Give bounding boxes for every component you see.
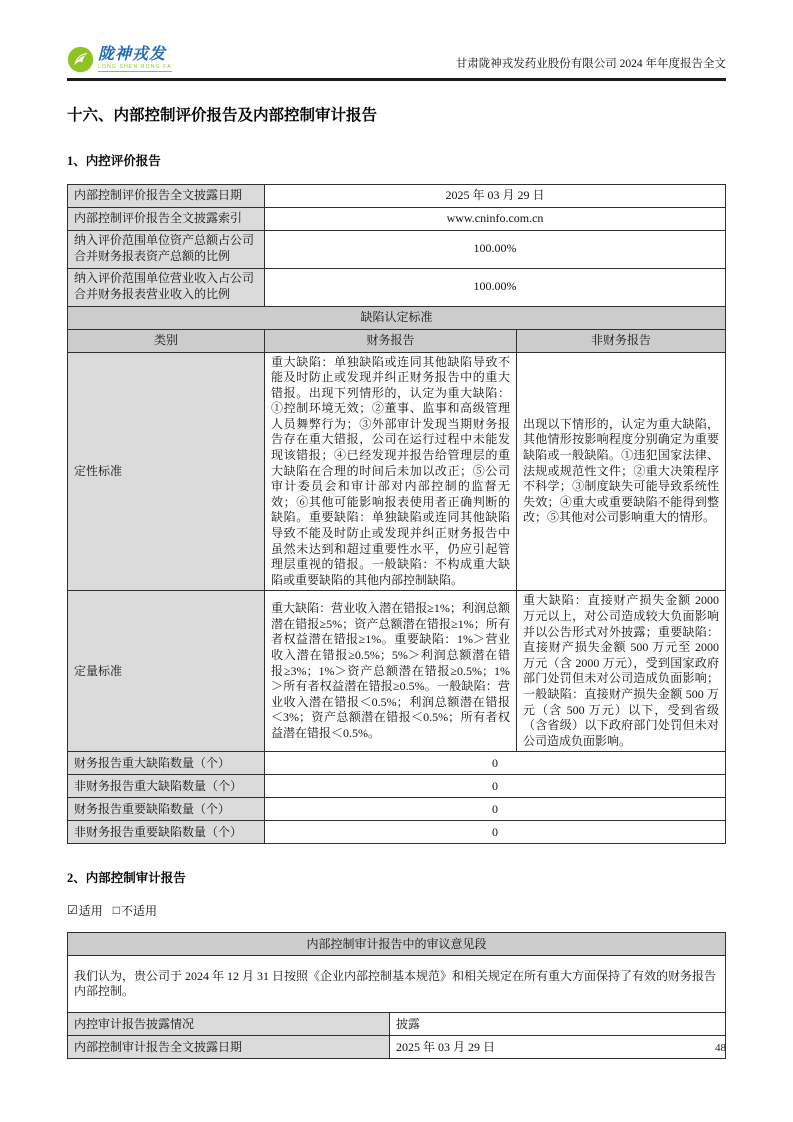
- header-divider: [67, 78, 726, 81]
- category-column-header: 类别: [68, 329, 265, 352]
- checkbox-checked-icon: ☑: [67, 903, 78, 918]
- quantitative-standard-row: 定量标准 重大缺陷：营业收入潜在错报≥1%；利润总额潜在错报≥5%；资产总额潜在…: [68, 591, 726, 752]
- disclosure-date-label: 内部控制评价报告全文披露日期: [68, 184, 265, 207]
- subsection-1-heading: 1、内控评价报告: [67, 151, 726, 169]
- non-financial-important-defect-count-label: 非财务报告重要缺陷数量（个）: [68, 821, 265, 844]
- financial-important-defect-count-value: 0: [265, 798, 726, 821]
- asset-ratio-value: 100.00%: [265, 230, 726, 268]
- financial-major-defect-count-value: 0: [265, 752, 726, 775]
- audit-disclosure-date-label: 内部控制审计报告全文披露日期: [68, 1036, 390, 1059]
- table-row: 内控审计报告披露情况 披露: [68, 1013, 726, 1036]
- table-row: 财务报告重大缺陷数量（个） 0: [68, 752, 726, 775]
- table-row: 内部控制评价报告全文披露日期 2025 年 03 月 29 日: [68, 184, 726, 207]
- defect-standard-header: 缺陷认定标准: [68, 306, 726, 329]
- audit-disclosure-date-value: 2025 年 03 月 29 日: [390, 1036, 726, 1059]
- audit-opinion-row: 我们认为，贵公司于 2024 年 12 月 31 日按照《企业内部控制基本规范》…: [68, 956, 726, 1013]
- page-header: 陇神戎发 LONG SHEN RONG FA 甘肃陇神戎发药业股份有限公司 20…: [67, 0, 726, 73]
- brand-name-cn: 陇神戎发: [98, 47, 172, 63]
- not-applicable-option: □ 不适用: [113, 902, 157, 919]
- report-page: 陇神戎发 LONG SHEN RONG FA 甘肃陇神戎发药业股份有限公司 20…: [0, 0, 793, 1122]
- logo-bird-icon: [67, 46, 94, 73]
- document-title: 甘肃陇神戎发药业股份有限公司 2024 年年度报告全文: [456, 55, 726, 73]
- qualitative-financial-text: 重大缺陷：单独缺陷或连同其他缺陷导致不能及时防止或发现并纠正财务报告中的重大错报…: [265, 352, 517, 591]
- table-row: 非财务报告重要缺陷数量（个） 0: [68, 821, 726, 844]
- audit-opinion-text: 我们认为，贵公司于 2024 年 12 月 31 日按照《企业内部控制基本规范》…: [68, 956, 726, 1013]
- non-financial-important-defect-count-value: 0: [265, 821, 726, 844]
- audit-disclosure-status-value: 披露: [390, 1013, 726, 1036]
- audit-disclosure-status-label: 内控审计报告披露情况: [68, 1013, 390, 1036]
- quantitative-standard-label: 定量标准: [68, 591, 265, 752]
- non-financial-major-defect-count-label: 非财务报告重大缺陷数量（个）: [68, 775, 265, 798]
- section-16-heading: 十六、内部控制评价报告及内部控制审计报告: [67, 103, 726, 125]
- applicable-option: ☑ 适用: [67, 902, 103, 919]
- asset-ratio-label: 纳入评价范围单位资产总额占公司合并财务报表资产总额的比例: [68, 230, 265, 268]
- internal-control-audit-table: 内部控制审计报告中的审议意见段 我们认为，贵公司于 2024 年 12 月 31…: [67, 932, 726, 1059]
- page-number: 48: [715, 1042, 726, 1054]
- checkbox-unchecked-icon: □: [113, 903, 120, 918]
- financial-important-defect-count-label: 财务报告重要缺陷数量（个）: [68, 798, 265, 821]
- applicability-line: ☑ 适用 □ 不适用: [67, 902, 726, 919]
- quantitative-non-financial-text: 重大缺陷：直接财产损失金额 2000 万元以上，对公司造成较大负面影响并以公告形…: [517, 591, 726, 752]
- table-column-header-row: 类别 财务报告 非财务报告: [68, 329, 726, 352]
- non-financial-major-defect-count-value: 0: [265, 775, 726, 798]
- not-applicable-label: 不适用: [121, 902, 157, 919]
- qualitative-standard-row: 定性标准 重大缺陷：单独缺陷或连同其他缺陷导致不能及时防止或发现并纠正财务报告中…: [68, 352, 726, 591]
- disclosure-date-value: 2025 年 03 月 29 日: [265, 184, 726, 207]
- internal-control-evaluation-table: 内部控制评价报告全文披露日期 2025 年 03 月 29 日 内部控制评价报告…: [67, 184, 726, 845]
- subsection-2-heading: 2、内部控制审计报告: [67, 868, 726, 886]
- table-row: 纳入评价范围单位营业收入占公司合并财务报表营业收入的比例 100.00%: [68, 268, 726, 306]
- table-row: 内部控制审计报告全文披露日期 2025 年 03 月 29 日: [68, 1036, 726, 1059]
- table-row: 内部控制评价报告全文披露索引 www.cninfo.com.cn: [68, 207, 726, 230]
- financial-major-defect-count-label: 财务报告重大缺陷数量（个）: [68, 752, 265, 775]
- brand-name-en: LONG SHEN RONG FA: [98, 65, 172, 72]
- revenue-ratio-value: 100.00%: [265, 268, 726, 306]
- audit-opinion-section-header: 内部控制审计报告中的审议意见段: [68, 933, 726, 956]
- table-row: 纳入评价范围单位资产总额占公司合并财务报表资产总额的比例 100.00%: [68, 230, 726, 268]
- audit-table-header-row: 内部控制审计报告中的审议意见段: [68, 933, 726, 956]
- financial-column-header: 财务报告: [265, 329, 517, 352]
- revenue-ratio-label: 纳入评价范围单位营业收入占公司合并财务报表营业收入的比例: [68, 268, 265, 306]
- disclosure-index-value: www.cninfo.com.cn: [265, 207, 726, 230]
- applicable-label: 适用: [79, 902, 103, 919]
- table-row: 财务报告重要缺陷数量（个） 0: [68, 798, 726, 821]
- disclosure-index-label: 内部控制评价报告全文披露索引: [68, 207, 265, 230]
- table-section-header-row: 缺陷认定标准: [68, 306, 726, 329]
- table-row: 非财务报告重大缺陷数量（个） 0: [68, 775, 726, 798]
- company-logo: 陇神戎发 LONG SHEN RONG FA: [67, 46, 172, 73]
- qualitative-non-financial-text: 出现以下情形的，认定为重大缺陷，其他情形按影响程度分别确定为重要缺陷或一般缺陷。…: [517, 352, 726, 591]
- qualitative-standard-label: 定性标准: [68, 352, 265, 591]
- logo-text: 陇神戎发 LONG SHEN RONG FA: [98, 47, 172, 72]
- quantitative-financial-text: 重大缺陷：营业收入潜在错报≥1%；利润总额潜在错报≥5%；资产总额潜在错报≥1%…: [265, 591, 517, 752]
- non-financial-column-header: 非财务报告: [517, 329, 726, 352]
